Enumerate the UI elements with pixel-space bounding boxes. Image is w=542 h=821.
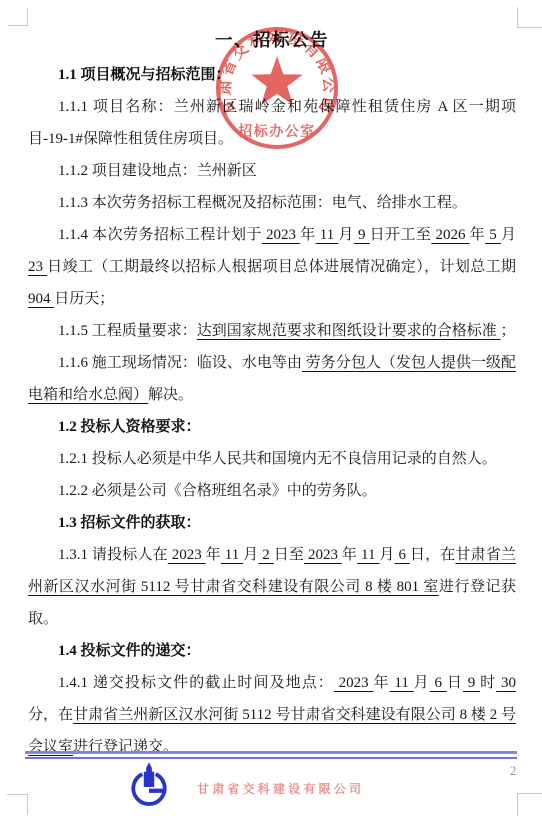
text-segment: 日历天；: [54, 291, 114, 307]
text-segment: 年: [470, 227, 485, 243]
text-segment: 1.4 投标文件的递交：: [58, 643, 201, 659]
text-segment: 1.1.3 本次劳务招标工程概况及招标范围：电气、给排水工程。: [58, 195, 467, 211]
text-segment: 月: [501, 227, 516, 243]
underlined-blank: 6: [430, 675, 447, 691]
text-segment: 1.2.2 必须是公司《合格班组名录》中的劳务队。: [58, 483, 377, 499]
text-segment: 年: [373, 675, 389, 691]
text-segment: 1.4.1 递交投标文件的截止时间及地点：: [58, 675, 334, 691]
paragraphs-container: 1.1 项目概况与招标范围：1.1.1 项目名称：兰州新区瑞岭金和苑保障性租赁住…: [28, 59, 516, 763]
paragraph: 1.1.1 项目名称：兰州新区瑞岭金和苑保障性租赁住房 A 区一期项目-19-1…: [28, 91, 516, 155]
paragraph: 1.1.6 施工现场情况：临设、水电等由 劳务分包人（发包人提供一级配电箱和给水…: [28, 347, 516, 411]
text-segment: 日，在: [410, 547, 456, 563]
text-segment: 月: [414, 675, 430, 691]
underlined-blank: 30: [496, 675, 516, 691]
crop-mark-bottom-left: [7, 794, 28, 815]
text-segment: 日至: [274, 547, 304, 563]
text-segment: 1.3 招标文件的获取：: [58, 515, 201, 531]
text-segment: 月: [338, 227, 353, 243]
underlined-blank: 11: [316, 227, 339, 243]
company-logo-icon: [130, 761, 168, 811]
text-segment: 月: [379, 547, 394, 563]
paragraph: 1.1.5 工程质量要求：达到国家规范要求和图纸设计要求的合格标准 ；: [28, 315, 516, 347]
document-body: 一、招标公告 1.1 项目概况与招标范围：1.1.1 项目名称：兰州新区瑞岭金和…: [28, 21, 516, 763]
text-segment: 1.1.5 工程质量要求：: [58, 323, 197, 339]
underlined-blank: 2023: [334, 675, 374, 691]
crop-mark-top-left: [8, 8, 28, 26]
underlined-blank: 2023: [168, 547, 206, 563]
text-segment: 时: [480, 675, 496, 691]
text-segment: 1.1.1 项目名称：兰州新区瑞岭金和苑保障性租赁住房 A 区一期项目-19-1…: [28, 99, 516, 147]
logo-tower: [144, 762, 154, 787]
underlined-blank: 9: [354, 227, 370, 243]
text-segment: 年: [342, 547, 357, 563]
text-segment: 1.3.1 请投标人在: [58, 547, 168, 563]
paragraph: 1.1.4 本次劳务招标工程计划于 2023 年 11 月 9 日开工至 202…: [28, 219, 516, 315]
crop-mark-top-right: [517, 7, 542, 28]
paragraph: 1.2.2 必须是公司《合格班组名录》中的劳务队。: [28, 475, 516, 507]
paragraph: 1.3.1 请投标人在 2023 年 11 月 2 日至 2023 年 11 月…: [28, 539, 516, 635]
text-segment: 解决。: [148, 387, 193, 403]
text-segment: 分，在: [28, 707, 73, 723]
text-segment: ；: [501, 323, 516, 339]
text-segment: 日开工至: [370, 227, 432, 243]
text-segment: 1.1.2 项目建设地点：兰州新区: [58, 163, 257, 179]
underlined-blank: 9: [463, 675, 480, 691]
underlined-blank: 11: [357, 547, 379, 563]
underlined-blank: 904: [28, 291, 54, 307]
underlined-blank: 2026: [431, 227, 469, 243]
underlined-blank: 23: [28, 259, 47, 275]
underlined-blank: 5: [485, 227, 501, 243]
text-segment: 日竣工（工期最终以招标人根据项目总体进展情况确定），计划总工期: [47, 259, 516, 275]
underlined-blank: 2023: [304, 547, 342, 563]
page-title: 一、招标公告: [28, 21, 516, 59]
text-segment: 年: [206, 547, 221, 563]
underlined-blank: 2: [258, 547, 273, 563]
section-heading: 1.2 投标人资格要求：: [28, 411, 516, 443]
underlined-blank: 11: [221, 547, 243, 563]
footer-company-name: 甘肃省交科建设有限公司: [197, 780, 364, 797]
paragraph: 1.1.2 项目建设地点：兰州新区: [28, 155, 516, 187]
section-heading: 1.4 投标文件的递交：: [28, 635, 516, 667]
text-segment: 月: [243, 547, 258, 563]
text-segment: 1.1.4 本次劳务招标工程计划于: [58, 227, 262, 243]
text-segment: 1.1.6 施工现场情况：临设、水电等由: [58, 355, 302, 371]
text-segment: 1.2.1 投标人必须是中华人民共和国境内无不良信用记录的自然人。: [58, 451, 497, 467]
underlined-blank: 11: [390, 675, 414, 691]
page-number: 2: [510, 764, 516, 779]
text-segment: 日: [447, 675, 463, 691]
crop-mark-bottom-right: [517, 793, 542, 816]
underlined-blank: 2023: [262, 227, 300, 243]
section-heading: 1.3 招标文件的获取：: [28, 507, 516, 539]
text-segment: 年: [300, 227, 315, 243]
paragraph: 1.2.1 投标人必须是中华人民共和国境内无不良信用记录的自然人。: [28, 443, 516, 475]
text-segment: 1.2 投标人资格要求：: [58, 419, 201, 435]
document-page: 一、招标公告 1.1 项目概况与招标范围：1.1.1 项目名称：兰州新区瑞岭金和…: [0, 0, 542, 821]
footer-rule: [25, 751, 517, 759]
paragraph: 1.1.3 本次劳务招标工程概况及招标范围：电气、给排水工程。: [28, 187, 516, 219]
section-heading: 1.1 项目概况与招标范围：: [28, 59, 516, 91]
paragraph: 1.4.1 递交投标文件的截止时间及地点： 2023 年 11 月 6 日 9 …: [28, 667, 516, 763]
underlined-blank: 6: [395, 547, 410, 563]
underlined-blank: 达到国家规范要求和图纸设计要求的合格标准: [197, 323, 501, 339]
text-segment: 1.1 项目概况与招标范围：: [58, 67, 231, 83]
